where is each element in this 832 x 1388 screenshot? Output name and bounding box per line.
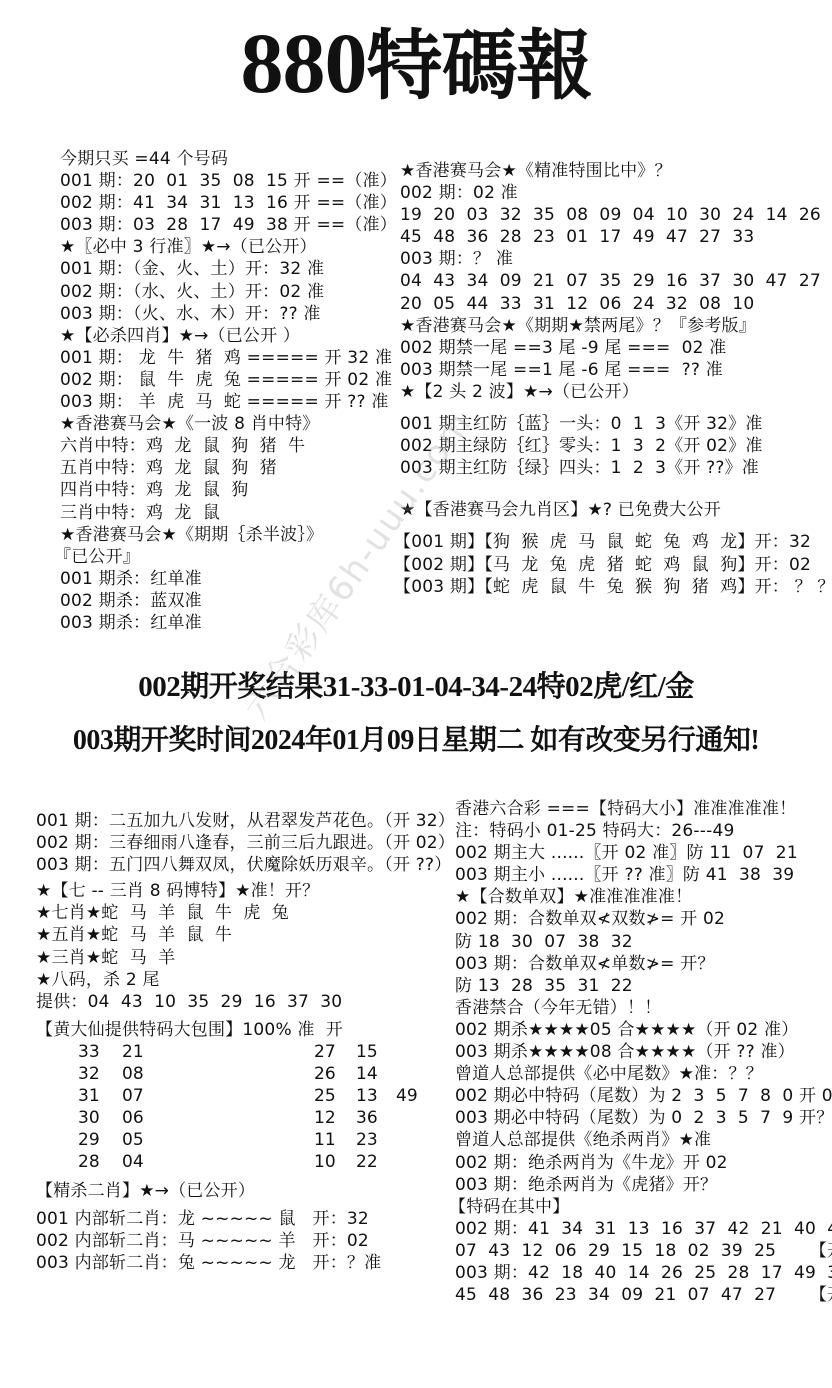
- grid-cell: 32: [78, 1063, 122, 1085]
- number-row: 002 期：41 34 31 13 16 37 42 21 40 46: [455, 1218, 832, 1240]
- text-line: 003 期：合数单双≮单数≯= 开？: [455, 953, 832, 975]
- text-line: 注：特码小 01-25 特码大：26---49: [455, 820, 832, 842]
- text-line: 003 期：03 28 17 49 38 开 ==（准）: [60, 214, 400, 236]
- grid-cell: [178, 1085, 314, 1107]
- text-line: 002 期： 鼠 牛 虎 兔 ===== 开 02 准: [60, 369, 400, 391]
- grid-cell: [396, 1129, 436, 1151]
- text-line: 003 内部斩二肖：兔 ~~~~~ 龙 开：？准: [36, 1252, 456, 1274]
- title-number: 880: [241, 15, 367, 111]
- grid-cell: 14: [356, 1063, 396, 1085]
- grid-cell: [178, 1129, 314, 1151]
- section-heading: 香港六合彩 ===【特码大小】准准准准准！: [455, 798, 832, 820]
- grid-cell: 07: [122, 1085, 178, 1107]
- grid-cell: [178, 1107, 314, 1129]
- right-top-column: ★香港赛马会★《精准特围比中》？ 002 期：02 准 19 20 03 32 …: [400, 160, 830, 598]
- number-row: 20 05 44 33 31 12 06 24 32 08 10: [400, 293, 830, 315]
- section-heading: 【特码在其中】: [449, 1196, 832, 1218]
- text-line: 002 内部斩二肖：马 ~~~~~ 羊 开：02: [36, 1230, 456, 1252]
- grid-cell: 13: [356, 1085, 396, 1107]
- text-line: 003 期禁一尾 ==1 尾 -6 尾 === ?? 准: [400, 359, 830, 381]
- text-line: 002 期必中特码（尾数）为 2 3 5 7 8 0 开 02: [455, 1085, 832, 1107]
- number-row: 003 期：42 18 40 14 26 25 28 17 49 38: [455, 1262, 832, 1284]
- text-line: 五肖中特：鸡 龙 鼠 狗 猪: [60, 457, 400, 479]
- left-bottom-column: 001 期：二五加九八发财，从君翠发芦花色。（开 32） 002 期：三春细雨八…: [36, 810, 456, 1274]
- section-heading: ★〖必中 3 行准〗★→（已公开）: [60, 236, 400, 258]
- text-line: 防 13 28 35 31 22: [455, 975, 832, 997]
- grid-cell: 26: [314, 1063, 356, 1085]
- title-text: 特碼報: [367, 25, 592, 109]
- text-line: 【003 期】【蛇 虎 鼠 牛 兔 猴 狗 猪 鸡】开： ？ ？: [394, 576, 830, 598]
- text-line: 001 期杀：红单准: [60, 568, 400, 590]
- grid-cell: 12: [314, 1107, 356, 1129]
- text-line: ★三肖★蛇 马 羊: [36, 947, 456, 969]
- page-title: 880特碼報: [0, 18, 832, 112]
- text-line: ★五肖★蛇 马 羊 鼠 牛: [36, 924, 456, 946]
- text-line: 003 期主小 ......〖开 ?? 准〗防 41 38 39: [455, 864, 832, 886]
- grid-cell: 30: [78, 1107, 122, 1129]
- result-banner: 002期开奖结果31-33-01-04-34-24特02虎/红/金: [0, 664, 832, 705]
- text-line: 001 期：20 01 35 08 15 开 ==（准）: [60, 170, 400, 192]
- text-line: 003 期：？ 准: [400, 248, 830, 270]
- section-heading: 香港禁合（今年无错）！！: [455, 997, 832, 1019]
- section-heading: 曾道人总部提供《必中尾数》★准：？？: [455, 1063, 832, 1085]
- text-line: 002 期：合数单双≮双数≯= 开 02: [455, 908, 832, 930]
- text-line: 003 期：（火、水、木）开：?? 准: [60, 303, 400, 325]
- text-line: 今期只买 =44 个号码: [60, 148, 400, 170]
- section-heading: ★【香港赛马会九肖区】★? 已免费大公开: [400, 499, 830, 521]
- text-line: 002 期禁一尾 ==3 尾 -9 尾 === 02 准: [400, 337, 830, 359]
- section-heading: ★【合数单双】★准准准准准！: [455, 886, 832, 908]
- text-line: 三肖中特：鸡 龙 鼠: [60, 502, 400, 524]
- text-line: 001 期： 龙 牛 猪 鸡 ===== 开 32 准: [60, 347, 400, 369]
- text-line: ★七肖★蛇 马 羊 鼠 牛 虎 兔: [36, 902, 456, 924]
- text-line: 002 期主绿防｛红｝零头：1 3 2《开 02》准: [400, 435, 830, 457]
- number-row: 45 48 36 28 23 01 17 49 47 27 33: [400, 226, 830, 248]
- grid-cell: 22: [356, 1151, 396, 1173]
- text-line: 六肖中特：鸡 龙 鼠 狗 猪 牛: [60, 435, 400, 457]
- number-row: 19 20 03 32 35 08 09 04 10 30 24 14 26: [400, 204, 830, 226]
- section-heading: 【黄大仙提供特码大包围】100% 准 开: [36, 1019, 456, 1041]
- grid-cell: 10: [314, 1151, 356, 1173]
- text-line: 002 期主大 ......〖开 02 准〗防 11 07 21: [455, 842, 832, 864]
- grid-cell: [396, 1041, 436, 1063]
- grid-cell: [178, 1151, 314, 1173]
- grid-cell: 06: [122, 1107, 178, 1129]
- grid-cell: 15: [356, 1041, 396, 1063]
- text-line: 002 期杀★★★★05 合★★★★（开 02 准）: [455, 1019, 832, 1041]
- grid-cell: 28: [78, 1151, 122, 1173]
- grid-cell: 05: [122, 1129, 178, 1151]
- text-line: ★八码，杀 2 尾: [36, 969, 456, 991]
- grid-cell: 31: [78, 1085, 122, 1107]
- text-line: 002 期杀：蓝双准: [60, 590, 400, 612]
- text-line: 003 期杀★★★★08 合★★★★（开 ?? 准）: [455, 1041, 832, 1063]
- grid-cell: 33: [78, 1041, 122, 1063]
- grid-cell: [396, 1151, 436, 1173]
- text-line: 001 期主红防｛蓝｝一头：0 1 3《开 32》准: [400, 413, 830, 435]
- text-line: 001 内部斩二肖：龙 ~~~~~ 鼠 开：32: [36, 1208, 456, 1230]
- text-line: 提供：04 43 10 35 29 16 37 30: [36, 991, 456, 1013]
- grid-cell: [178, 1063, 314, 1085]
- section-heading: ★香港赛马会★《期期★禁两尾》？『参考版』: [400, 315, 830, 337]
- section-heading: ★香港赛马会★《期期｛杀半波｝》: [60, 524, 400, 546]
- grid-cell: 27: [314, 1041, 356, 1063]
- text-line: 003 期必中特码（尾数）为 0 2 3 5 7 9 开？: [455, 1107, 832, 1129]
- grid-cell: 25: [314, 1085, 356, 1107]
- section-heading: ★【2 头 2 波】★→（已公开）: [400, 381, 830, 403]
- text-line: 001 期：（金、火、土）开：32 准: [60, 258, 400, 280]
- text-line: 002 期：（水、火、土）开：02 准: [60, 281, 400, 303]
- text-line: 003 期主红防｛绿｝四头：1 2 3《开 ??》准: [400, 457, 830, 479]
- text-line: 四肖中特：鸡 龙 鼠 狗: [60, 479, 400, 501]
- grid-cell: 49: [396, 1085, 436, 1107]
- grid-cell: 21: [122, 1041, 178, 1063]
- section-heading: 曾道人总部提供《绝杀两肖》★准: [455, 1129, 832, 1151]
- number-row: 45 48 36 23 34 09 21 07 47 27 【开 ??】: [455, 1284, 832, 1306]
- text-line: 003 期： 羊 虎 马 蛇 ===== 开 ?? 准: [60, 391, 400, 413]
- section-heading: ★【必杀四肖】★→（已公开 ）: [60, 325, 400, 347]
- section-heading: ★【七 -- 三肖 8 码博特】★准！开？: [36, 880, 456, 902]
- right-bottom-column: 香港六合彩 ===【特码大小】准准准准准！ 注：特码小 01-25 特码大：26…: [455, 798, 832, 1306]
- section-heading: ★香港赛马会★《一波 8 肖中特》: [60, 413, 400, 435]
- number-row: 07 43 12 06 29 15 18 02 39 25 【开 02】: [455, 1240, 832, 1262]
- text-line: 002 期：02 准: [400, 182, 830, 204]
- text-line: 『已公开』: [54, 546, 400, 568]
- grid-cell: [396, 1063, 436, 1085]
- text-line: 002 期：三春细雨八逢春，三前三后九跟进。（开 02）: [36, 832, 456, 854]
- text-line: 003 期：绝杀两肖为《虎猪》开？: [455, 1174, 832, 1196]
- text-line: 001 期：二五加九八发财，从君翠发芦花色。（开 32）: [36, 810, 456, 832]
- grid-cell: 23: [356, 1129, 396, 1151]
- wrap-number-grid: 33212715 32082614 3107251349 30061236 29…: [36, 1041, 456, 1174]
- text-line: 002 期：41 34 31 13 16 开 ==（准）: [60, 192, 400, 214]
- text-line: 003 期杀：红单准: [60, 612, 400, 634]
- number-row: 04 43 34 09 21 07 35 29 16 37 30 47 27: [400, 270, 830, 292]
- left-top-column: 今期只买 =44 个号码 001 期：20 01 35 08 15 开 ==（准…: [60, 148, 400, 634]
- text-line: 002 期：绝杀两肖为《牛龙》开 02: [455, 1152, 832, 1174]
- grid-cell: 11: [314, 1129, 356, 1151]
- grid-cell: 04: [122, 1151, 178, 1173]
- grid-cell: 36: [356, 1107, 396, 1129]
- grid-cell: 29: [78, 1129, 122, 1151]
- section-heading: ★香港赛马会★《精准特围比中》？: [400, 160, 830, 182]
- text-line: 【002 期】【马 龙 兔 虎 猪 蛇 鸡 鼠 狗】开：02: [394, 554, 830, 576]
- text-line: 003 期：五门四八舞双凤，伏魔除妖历艰辛。（开 ??）: [36, 854, 456, 876]
- grid-cell: 08: [122, 1063, 178, 1085]
- grid-cell: [178, 1041, 314, 1063]
- grid-cell: [396, 1107, 436, 1129]
- text-line: 【001 期】【狗 猴 虎 马 鼠 蛇 兔 鸡 龙】开：32: [394, 531, 830, 553]
- text-line: 防 18 30 07 38 32: [455, 931, 832, 953]
- next-draw-banner: 003期开奖时间2024年01月09日星期二 如有改变另行通知!: [0, 718, 832, 758]
- section-heading: 【精杀二肖】★→（已公开）: [36, 1180, 456, 1202]
